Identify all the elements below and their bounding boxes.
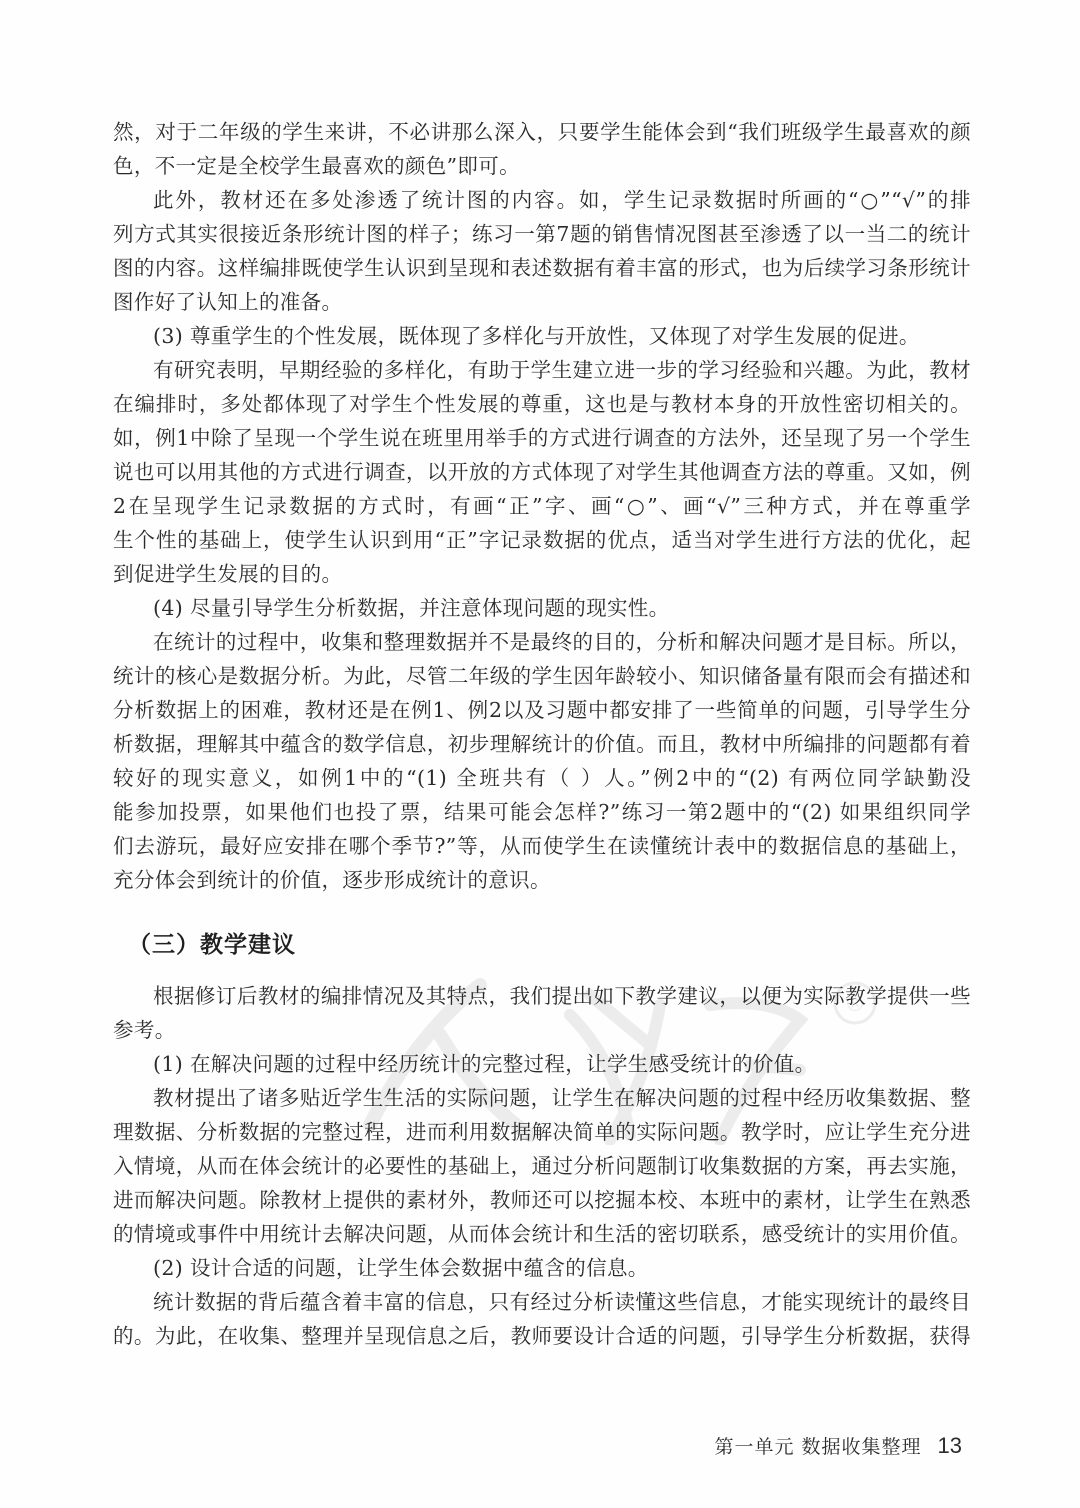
text-line: 在编排时，多处都体现了对学生个性发展的尊重，这也是与教材本身的开放性密切相关的。: [113, 390, 971, 418]
text-line: 的。为此，在收集、整理并呈现信息之后，教师要设计合适的问题，引导学生分析数据，获…: [113, 1322, 971, 1350]
text-line: 统计的核心是数据分析。为此，尽管二年级的学生因年龄较小、知识储备量有限而会有描述…: [113, 662, 971, 690]
text-line: 进而解决问题。除教材上提供的素材外，教师还可以挖掘本校、本班中的素材，让学生在熟…: [113, 1186, 971, 1214]
text-line: 说也可以用其他的方式进行调查，以开放的方式体现了对学生其他调查方法的尊重。又如，…: [113, 458, 971, 486]
text-line: 较好的现实意义，如例1中的“(1) 全班共有（ ）人。”例2中的“(2) 有两位…: [113, 764, 971, 792]
text-line: 能参加投票，如果他们也投了票，结果可能会怎样?”练习一第2题中的“(2) 如果组…: [113, 798, 971, 826]
text-line: 色，不一定是全校学生最喜欢的颜色”即可。: [113, 152, 971, 180]
text-line: 生个性的基础上，使学生认识到用“正”字记录数据的优点，适当对学生进行方法的优化，…: [113, 526, 971, 554]
text-line: 然，对于二年级的学生来讲，不必讲那么深入，只要学生能体会到“我们班级学生最喜欢的…: [113, 118, 971, 146]
text-line: 图的内容。这样编排既使学生认识到呈现和表述数据有着丰富的形式，也为后续学习条形统…: [113, 254, 971, 282]
document-page: ® 然，对于二年级的学生来讲，不必讲那么深入，只要学生能体会到“我们班级学生最喜…: [0, 0, 1080, 1508]
text-line: 教材提出了诸多贴近学生生活的实际问题，让学生在解决问题的过程中经历收集数据、整: [153, 1084, 971, 1112]
text-line: 根据修订后教材的编排情况及其特点，我们提出如下教学建议，以便为实际教学提供一些: [153, 982, 971, 1010]
text-line: 列方式其实很接近条形统计图的样子；练习一第7题的销售情况图甚至渗透了以一当二的统…: [113, 220, 971, 248]
text-line: 如，例1中除了呈现一个学生说在班里用举手的方式进行调查的方法外，还呈现了另一个学…: [113, 424, 971, 452]
text-line: 到促进学生发展的目的。: [113, 560, 971, 588]
section-heading: （三）教学建议: [128, 926, 296, 959]
text-line: 充分体会到统计的价值，逐步形成统计的意识。: [113, 866, 971, 894]
page-footer: 第一单元 数据收集整理 13: [714, 1432, 962, 1459]
text-line: 分析数据上的困难，教材还是在例1、例2以及习题中都安排了一些简单的问题，引导学生…: [113, 696, 971, 724]
text-line: (2) 设计合适的问题，让学生体会数据中蕴含的信息。: [153, 1254, 971, 1282]
text-line: 有研究表明，早期经验的多样化，有助于学生建立进一步的学习经验和兴趣。为此，教材: [153, 356, 971, 384]
text-line: 图作好了认知上的准备。: [113, 288, 971, 316]
text-line: 在统计的过程中，收集和整理数据并不是最终的目的，分析和解决问题才是目标。所以，: [153, 628, 971, 656]
text-line: 们去游玩，最好应安排在哪个季节?”等，从而使学生在读懂统计表中的数据信息的基础上…: [113, 832, 971, 860]
text-line: (1) 在解决问题的过程中经历统计的完整过程，让学生感受统计的价值。: [153, 1050, 971, 1078]
text-line: 析数据，理解其中蕴含的数学信息，初步理解统计的价值。而且，教材中所编排的问题都有…: [113, 730, 971, 758]
text-line: 此外，教材还在多处渗透了统计图的内容。如，学生记录数据时所画的“○”“√”的排: [153, 186, 971, 214]
text-line: 理数据、分析数据的完整过程，进而利用数据解决简单的实际问题。教学时，应让学生充分…: [113, 1118, 971, 1146]
running-footer-unit-title: 第一单元 数据收集整理: [714, 1432, 921, 1459]
text-line: (4) 尽量引导学生分析数据，并注意体现问题的现实性。: [153, 594, 971, 622]
text-line: 参考。: [113, 1016, 971, 1044]
text-line: (3) 尊重学生的个性发展，既体现了多样化与开放性，又体现了对学生发展的促进。: [153, 322, 971, 350]
page-number: 13: [938, 1433, 962, 1459]
text-line: 统计数据的背后蕴含着丰富的信息，只有经过分析读懂这些信息，才能实现统计的最终目: [153, 1288, 971, 1316]
text-line: 的情境或事件中用统计去解决问题，从而体会统计和生活的密切联系，感受统计的实用价值…: [113, 1220, 971, 1248]
text-line: 入情境，从而在体会统计的必要性的基础上，通过分析问题制订收集数据的方案，再去实施…: [113, 1152, 971, 1180]
text-line: 2在呈现学生记录数据的方式时，有画“正”字、画“○”、画“√”三种方式，并在尊重…: [113, 492, 971, 520]
